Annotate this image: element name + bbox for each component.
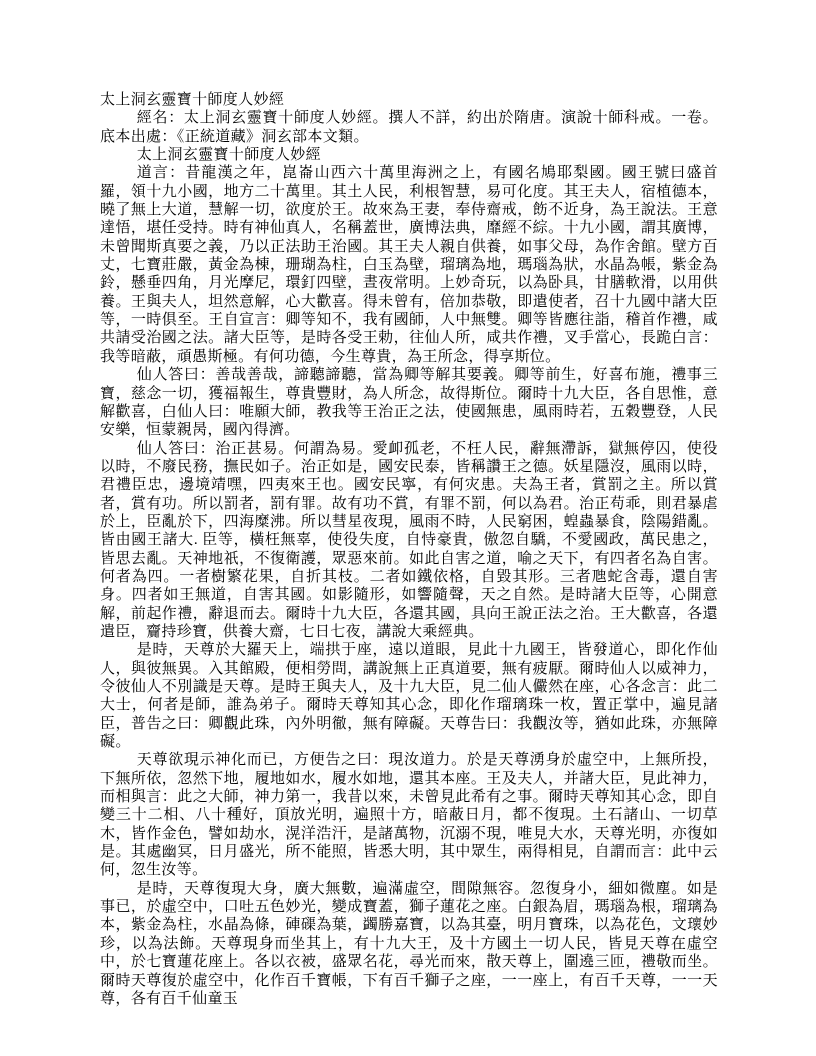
document-body: 太上洞玄靈寶十師度人妙經 經名：太上洞玄靈寶十師度人妙經。撰人不詳，約出於隋唐。… [100, 91, 718, 1008]
colophon-paragraph: 經名：太上洞玄靈寶十師度人妙經。撰人不詳，約出於隋唐。演說十師科戒。一卷。底本出… [100, 109, 718, 146]
inner-title: 太上洞玄靈寶十師度人妙經 [100, 146, 718, 164]
document-title: 太上洞玄靈寶十師度人妙經 [100, 91, 718, 109]
document-page: 太上洞玄靈寶十師度人妙經 經名：太上洞玄靈寶十師度人妙經。撰人不詳，約出於隋唐。… [0, 0, 816, 1056]
body-paragraph: 仙人答曰：治正甚易。何謂為易。愛卹孤老，不枉人民，辭無滯訴，獄無停囚，使役以時，… [100, 440, 718, 642]
body-paragraph: 道言：昔龍漢之年，崑崙山西六十萬里海洲之上，有國名鳩耶梨國。國王號曰盛首羅，領十… [100, 164, 718, 366]
body-paragraph: 天尊欲現示神化而已，方便告之曰：現汝道力。於是天尊湧身於虛空中，上無所投，下無所… [100, 751, 718, 879]
body-paragraph: 仙人答曰：善哉善哉，諦聽諦聽，當為卿等解其要義。卿等前生，好喜布施，禮事三寶，慈… [100, 366, 718, 439]
body-paragraph: 是時，天尊復現大身，廣大無數，遍滿虛空，間隙無容。忽復身小，細如微塵。如是事已，… [100, 880, 718, 1008]
body-paragraph: 是時，天尊於大羅天上，端拱于座，遠以道眼，見此十九國王，皆發道心，即化作仙人，與… [100, 641, 718, 751]
